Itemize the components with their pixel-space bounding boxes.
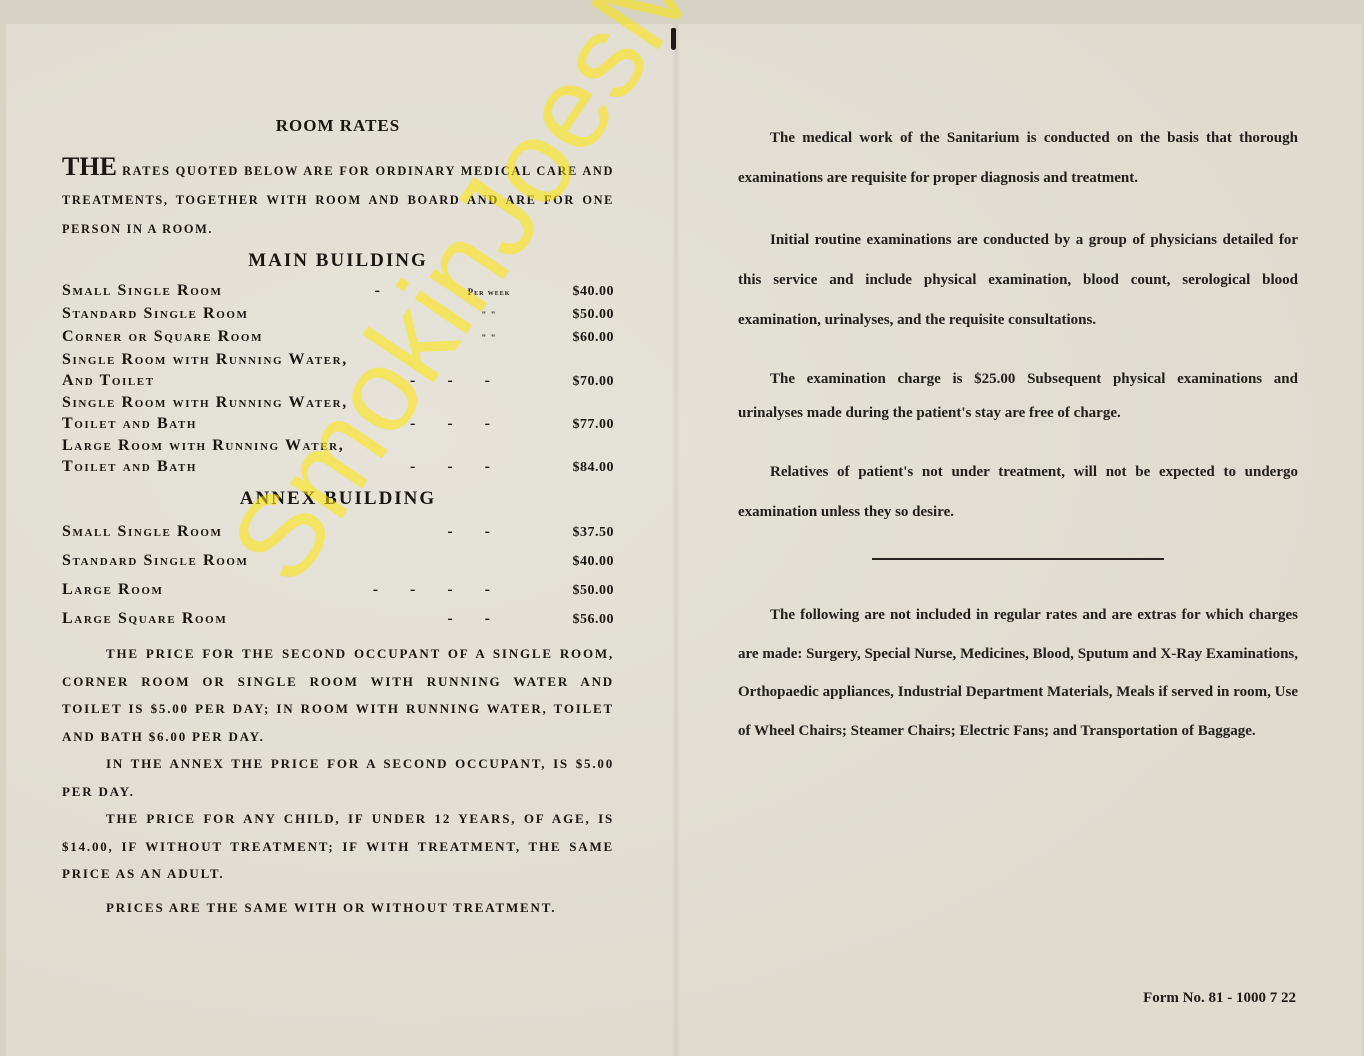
rate-row: Standard Single Room" "$50.00 (62, 303, 614, 326)
rate-row: Large Room- - - -$50.00 (62, 576, 614, 605)
fold-tear-mark (671, 28, 676, 50)
second-occupant-paragraph: The price for the second occupant of a S… (62, 640, 614, 750)
child-price-paragraph: The price for any child, if under 12 yea… (62, 805, 614, 888)
right-page: The medical work of the Sanitarium is co… (738, 118, 1298, 750)
intro-drop-word: The (62, 152, 117, 181)
rate-row: Small Single Room- -$37.50 (62, 518, 614, 547)
intro-paragraph: The rates quoted below are for ordinary … (62, 152, 614, 244)
rate-row: Large Square Room- -$56.00 (62, 605, 614, 634)
exam-charge-paragraph: The examination charge is $25.00 Subsequ… (738, 362, 1298, 430)
left-page: ROOM RATES The rates quoted below are fo… (62, 116, 614, 921)
rate-row: Standard Single Room$40.00 (62, 547, 614, 576)
annex-building-rates: Small Single Room- -$37.50 Standard Sing… (62, 518, 614, 634)
initial-exam-paragraph: Initial routine examinations are conduct… (738, 220, 1298, 340)
page-title: ROOM RATES (62, 116, 614, 136)
relatives-paragraph: Relatives of patient's not under treatme… (738, 452, 1298, 532)
rate-row: Corner or Square Room" "$60.00 (62, 326, 614, 349)
rate-row: Toilet and Bath- - -$77.00 (62, 413, 614, 435)
rate-row: Large Room with Running Water, (62, 435, 614, 456)
center-fold (672, 24, 680, 1056)
rate-row: Single Room with Running Water, (62, 392, 614, 413)
treatment-note-paragraph: Prices are the same with or without trea… (62, 894, 614, 922)
medical-work-paragraph: The medical work of the Sanitarium is co… (738, 118, 1298, 198)
main-building-rates: Small Single Room-Per week$40.00 Standar… (62, 280, 614, 478)
intro-text: rates quoted below are for ordinary medi… (62, 164, 614, 236)
rate-row: Single Room with Running Water, (62, 349, 614, 370)
rate-row: Small Single Room-Per week$40.00 (62, 280, 614, 303)
main-building-heading: MAIN BUILDING (62, 250, 614, 272)
extras-paragraph: The following are not included in regula… (738, 596, 1298, 750)
rate-row: And Toilet- - -$70.00 (62, 370, 614, 392)
annex-building-heading: ANNEX BUILDING (62, 488, 614, 510)
rate-row: Toilet and Bath- - -$84.00 (62, 456, 614, 478)
form-number: Form No. 81 - 1000 7 22 (1143, 990, 1296, 1007)
annex-occupant-paragraph: In the Annex the price for a second occu… (62, 750, 614, 805)
